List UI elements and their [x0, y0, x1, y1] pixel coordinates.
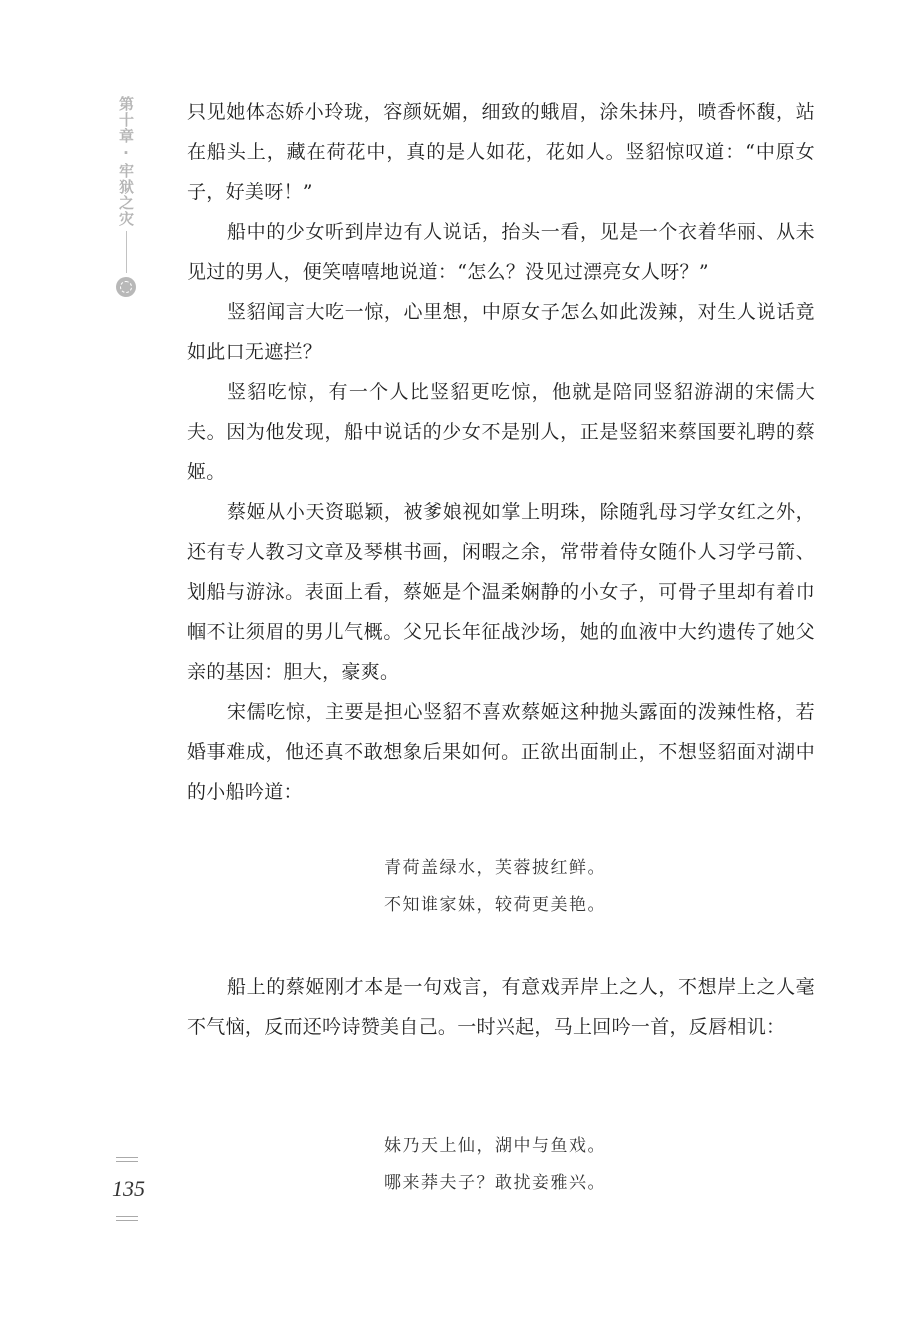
running-head-sidebar: 第十章·牢狱之灾: [111, 96, 141, 297]
poem-line: 哪来莽夫子？敢扰妾雅兴。: [384, 1165, 606, 1202]
paragraph: 蔡姬从小天资聪颖，被爹娘视如掌上明珠，除随乳母习学女红之外，还有专人教习文章及琴…: [187, 492, 815, 692]
poem-block-2: 妹乃天上仙，湖中与鱼戏。 哪来莽夫子？敢扰妾雅兴。: [384, 1128, 606, 1202]
paragraph: 只见她体态娇小玲珑，容颜妩媚，细致的蛾眉，涂朱抹丹，喷香怀馥，站在船头上，藏在荷…: [187, 92, 815, 212]
poem-line: 青荷盖绿水，芙蓉披红鲜。: [384, 850, 606, 887]
paragraph: 船上的蔡姬刚才本是一句戏言，有意戏弄岸上之人，不想岸上之人毫不气恼，反而还吟诗赞…: [187, 967, 815, 1047]
body-text-bottom: 船上的蔡姬刚才本是一句戏言，有意戏弄岸上之人，不想岸上之人毫不气恼，反而还吟诗赞…: [187, 967, 815, 1047]
running-head-divider: [126, 231, 127, 273]
decorative-medallion-icon: [116, 277, 136, 297]
poem-line: 妹乃天上仙，湖中与鱼戏。: [384, 1128, 606, 1165]
paragraph: 竖貂闻言大吃一惊，心里想，中原女子怎么如此泼辣，对生人说话竟如此口无遮拦？: [187, 292, 815, 372]
paragraph: 船中的少女听到岸边有人说话，抬头一看，见是一个衣着华丽、从未见过的男人，便笑嘻嘻…: [187, 212, 815, 292]
chapter-running-head: 第十章·牢狱之灾: [116, 96, 136, 227]
page-number: 135: [112, 1176, 142, 1202]
folio-rule-bottom: [116, 1216, 138, 1221]
paragraph: 竖貂吃惊，有一个人比竖貂更吃惊，他就是陪同竖貂游湖的宋儒大夫。因为他发现，船中说…: [187, 372, 815, 492]
paragraph: 宋儒吃惊，主要是担心竖貂不喜欢蔡姬这种抛头露面的泼辣性格，若婚事难成，他还真不敢…: [187, 692, 815, 812]
page-folio: 135: [112, 1157, 142, 1221]
poem-block-1: 青荷盖绿水，芙蓉披红鲜。 不知谁家妹，较荷更美艳。: [384, 850, 606, 924]
folio-rule-top: [116, 1157, 138, 1162]
body-text-top: 只见她体态娇小玲珑，容颜妩媚，细致的蛾眉，涂朱抹丹，喷香怀馥，站在船头上，藏在荷…: [187, 92, 815, 812]
poem-line: 不知谁家妹，较荷更美艳。: [384, 887, 606, 924]
